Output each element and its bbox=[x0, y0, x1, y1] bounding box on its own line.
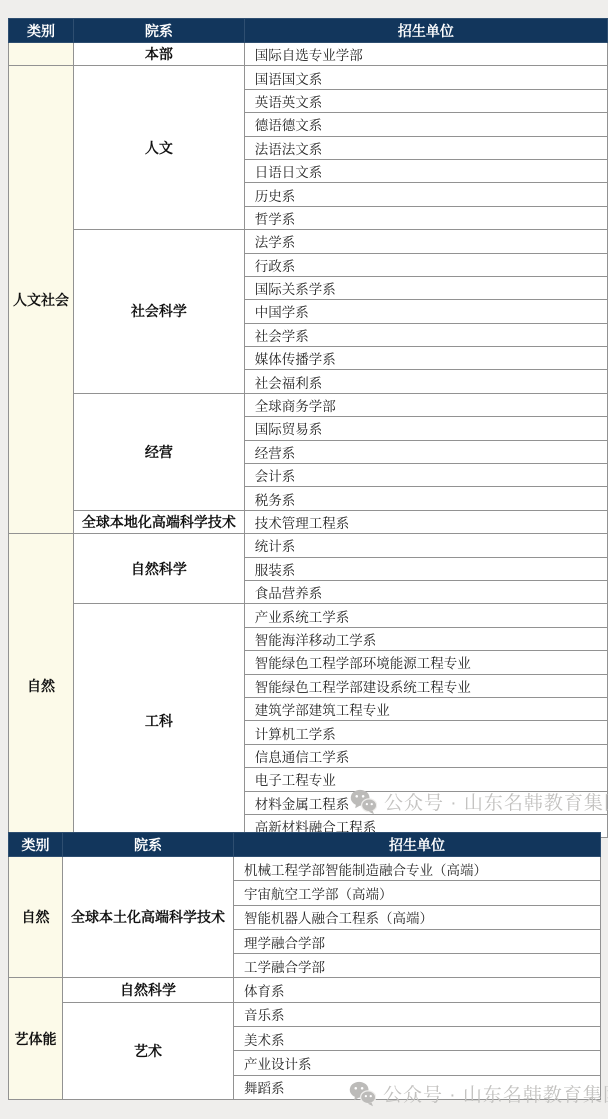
col-header-department: 院系 bbox=[63, 833, 234, 857]
department-cell: 本部 bbox=[74, 43, 245, 66]
department-cell: 自然科学 bbox=[74, 534, 245, 604]
table-row: 自然全球本土化高端科学技术机械工程学部智能制造融合专业（高端） bbox=[9, 857, 601, 881]
unit-cell: 信息通信工学系 bbox=[244, 744, 607, 767]
unit-cell: 日语日文系 bbox=[244, 159, 607, 182]
table-row: 人文社会人文国语国文系 bbox=[9, 66, 608, 89]
unit-cell: 社会福利系 bbox=[244, 370, 607, 393]
unit-cell: 法语法文系 bbox=[244, 136, 607, 159]
table-row: 艺术音乐系 bbox=[9, 1002, 601, 1026]
table-row: 本部国际自选专业学部 bbox=[9, 43, 608, 66]
department-cell: 艺术 bbox=[63, 1002, 234, 1099]
unit-cell: 智能海洋移动工学系 bbox=[244, 627, 607, 650]
unit-cell: 行政系 bbox=[244, 253, 607, 276]
unit-cell: 食品营养系 bbox=[244, 580, 607, 603]
unit-cell: 哲学系 bbox=[244, 206, 607, 229]
unit-cell: 智能绿色工程学部环境能源工程专业 bbox=[244, 651, 607, 674]
unit-cell: 德语德文系 bbox=[244, 113, 607, 136]
admission-units-table: 类别院系招生单位本部国际自选专业学部人文社会人文国语国文系英语英文系德语德文系法… bbox=[8, 18, 608, 838]
unit-cell: 经营系 bbox=[244, 440, 607, 463]
unit-cell: 机械工程学部智能制造融合专业（高端） bbox=[234, 857, 601, 881]
unit-cell: 理学融合学部 bbox=[234, 929, 601, 953]
unit-cell: 会计系 bbox=[244, 464, 607, 487]
department-cell: 社会科学 bbox=[74, 230, 245, 394]
table-row: 艺体能自然科学体育系 bbox=[9, 978, 601, 1002]
col-header-category: 类别 bbox=[9, 19, 74, 43]
unit-cell: 产业系统工学系 bbox=[244, 604, 607, 627]
table-row: 经营全球商务学部 bbox=[9, 393, 608, 416]
table-row: 自然自然科学统计系 bbox=[9, 534, 608, 557]
category-cell: 自然 bbox=[9, 534, 74, 838]
unit-cell: 工学融合学部 bbox=[234, 954, 601, 978]
unit-cell: 舞蹈系 bbox=[234, 1075, 601, 1099]
category-cell: 艺体能 bbox=[9, 978, 63, 1099]
unit-cell: 音乐系 bbox=[234, 1002, 601, 1026]
col-header-category: 类别 bbox=[9, 833, 63, 857]
unit-cell: 材料金属工程系 bbox=[244, 791, 607, 814]
category-cell: 自然 bbox=[9, 857, 63, 978]
unit-cell: 国际关系学系 bbox=[244, 276, 607, 299]
col-header-admission-unit: 招生单位 bbox=[234, 833, 601, 857]
department-cell: 经营 bbox=[74, 393, 245, 510]
category-cell: 人文社会 bbox=[9, 66, 74, 534]
unit-cell: 国际贸易系 bbox=[244, 417, 607, 440]
department-cell: 人文 bbox=[74, 66, 245, 230]
table-row: 工科产业系统工学系 bbox=[9, 604, 608, 627]
unit-cell: 英语英文系 bbox=[244, 89, 607, 112]
unit-cell: 税务系 bbox=[244, 487, 607, 510]
unit-cell: 电子工程专业 bbox=[244, 768, 607, 791]
unit-cell: 技术管理工程系 bbox=[244, 510, 607, 533]
admission-units-table: 类别院系招生单位自然全球本土化高端科学技术机械工程学部智能制造融合专业（高端）宇… bbox=[8, 832, 601, 1100]
unit-cell: 宇宙航空工学部（高端） bbox=[234, 881, 601, 905]
department-cell: 全球本地化高端科学技术 bbox=[74, 510, 245, 533]
col-header-department: 院系 bbox=[74, 19, 245, 43]
unit-cell: 媒体传播学系 bbox=[244, 347, 607, 370]
unit-cell: 产业设计系 bbox=[234, 1051, 601, 1075]
unit-cell: 中国学系 bbox=[244, 300, 607, 323]
col-header-admission-unit: 招生单位 bbox=[244, 19, 607, 43]
page: 类别院系招生单位本部国际自选专业学部人文社会人文国语国文系英语英文系德语德文系法… bbox=[0, 0, 608, 1119]
department-cell: 自然科学 bbox=[63, 978, 234, 1002]
category-cell bbox=[9, 43, 74, 66]
unit-cell: 国际自选专业学部 bbox=[244, 43, 607, 66]
table-row: 全球本地化高端科学技术技术管理工程系 bbox=[9, 510, 608, 533]
header-row: 类别院系招生单位 bbox=[9, 19, 608, 43]
unit-cell: 法学系 bbox=[244, 230, 607, 253]
unit-cell: 历史系 bbox=[244, 183, 607, 206]
unit-cell: 体育系 bbox=[234, 978, 601, 1002]
table-row: 社会科学法学系 bbox=[9, 230, 608, 253]
unit-cell: 服装系 bbox=[244, 557, 607, 580]
unit-cell: 全球商务学部 bbox=[244, 393, 607, 416]
unit-cell: 美术系 bbox=[234, 1027, 601, 1051]
unit-cell: 统计系 bbox=[244, 534, 607, 557]
unit-cell: 智能绿色工程学部建设系统工程专业 bbox=[244, 674, 607, 697]
header-row: 类别院系招生单位 bbox=[9, 833, 601, 857]
unit-cell: 社会学系 bbox=[244, 323, 607, 346]
unit-cell: 计算机工学系 bbox=[244, 721, 607, 744]
unit-cell: 建筑学部建筑工程专业 bbox=[244, 697, 607, 720]
unit-cell: 国语国文系 bbox=[244, 66, 607, 89]
unit-cell: 智能机器人融合工程系（高端） bbox=[234, 905, 601, 929]
department-cell: 全球本土化高端科学技术 bbox=[63, 857, 234, 978]
department-cell: 工科 bbox=[74, 604, 245, 838]
